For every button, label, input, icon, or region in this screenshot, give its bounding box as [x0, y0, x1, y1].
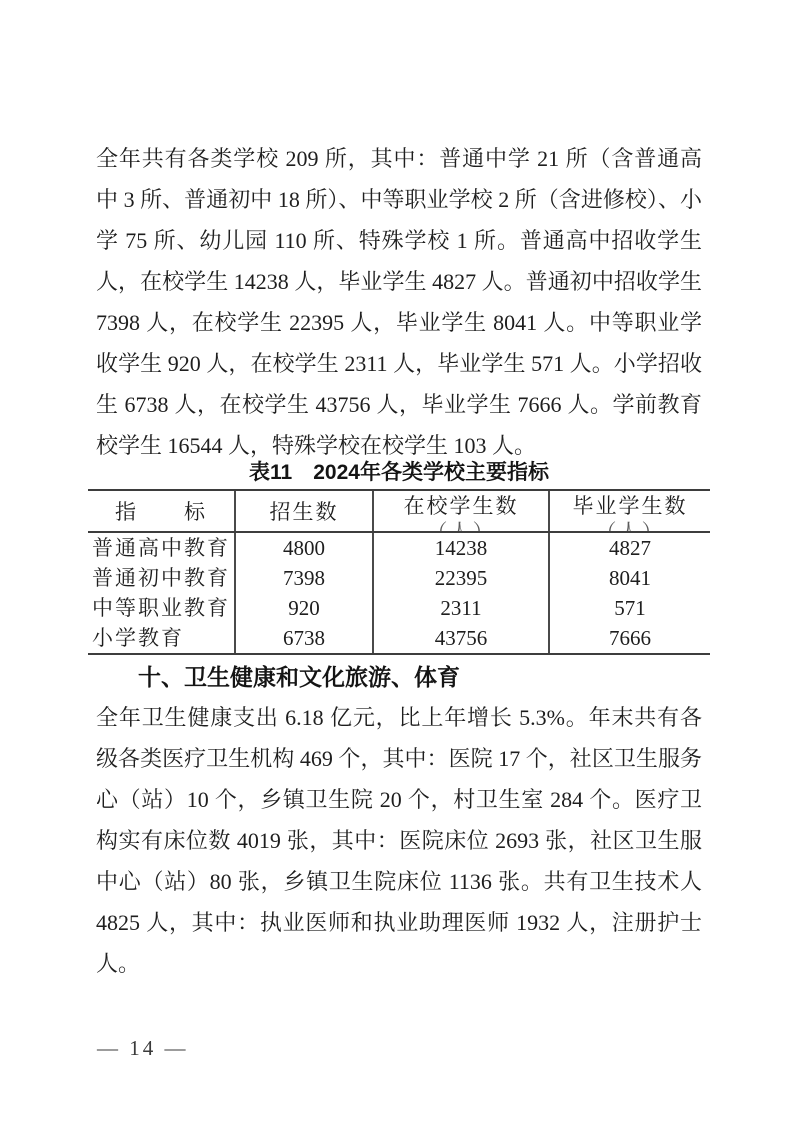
table-header-row: 指 标 招生数 在校学生数 （人） 毕业学生数 （人）: [88, 490, 710, 532]
cell-graduates: 4827: [549, 532, 710, 563]
cell-enrollment: 4800: [235, 532, 373, 563]
table-row: 小学教育 6738 43756 7666: [88, 623, 710, 654]
cell-indicator: 小学教育: [88, 623, 235, 654]
paragraph-line: 收学生 920 人，在校学生 2311 人，毕业学生 571 人。小学招收学: [96, 343, 702, 384]
section-heading-health-culture-sports: 十、卫生健康和文化旅游、体育: [96, 659, 702, 692]
cell-students-onroll: 2311: [373, 593, 549, 623]
column-header-indicator: 指 标: [88, 490, 235, 532]
table-row: 普通高中教育 4800 14238 4827: [88, 532, 710, 563]
paragraph-line: 4825 人，其中：执业医师和执业助理医师 1932 人，注册护士 2085: [96, 902, 702, 943]
paragraph-line: 人，在校学生 14238 人，毕业学生 4827 人。普通初中招收学生: [96, 261, 702, 302]
cell-indicator: 普通初中教育: [88, 563, 235, 593]
paragraph-line: 生 6738 人，在校学生 43756 人，毕业学生 7666 人。学前教育在: [96, 384, 702, 425]
paragraph-line: 构实有床位数 4019 张，其中：医院床位 2693 张，社区卫生服务: [96, 820, 702, 861]
paragraph-line: 中 3 所、普通初中 18 所）、中等职业学校 2 所（含进修校）、小: [96, 179, 702, 220]
cell-indicator: 普通高中教育: [88, 532, 235, 563]
unit-label-clipped: （人）: [374, 519, 548, 531]
cell-graduates: 571: [549, 593, 710, 623]
paragraph-line: 全年卫生健康支出 6.18 亿元，比上年增长 5.3%。年末共有各: [96, 697, 702, 738]
table-row: 中等职业教育 920 2311 571: [88, 593, 710, 623]
cell-enrollment: 6738: [235, 623, 373, 654]
paragraph-line: 中心（站）80 张，乡镇卫生院床位 1136 张。共有卫生技术人员: [96, 861, 702, 902]
document-page: 全年共有各类学校 209 所，其中：普通中学 21 所（含普通高 中 3 所、普…: [0, 0, 794, 1123]
paragraph-line: 学 75 所、幼儿园 110 所、特殊学校 1 所。普通高中招收学生 4800: [96, 220, 702, 261]
cell-students-onroll: 14238: [373, 532, 549, 563]
column-header-students-onroll: 在校学生数 （人）: [373, 490, 549, 532]
table-11-title: 表11 2024年各类学校主要指标: [96, 456, 702, 486]
unit-label-clipped: （人）: [550, 519, 710, 531]
cell-indicator: 中等职业教育: [88, 593, 235, 623]
cell-students-onroll: 22395: [373, 563, 549, 593]
paragraph-education-statistics: 全年共有各类学校 209 所，其中：普通中学 21 所（含普通高 中 3 所、普…: [96, 138, 702, 466]
page-number: — 14 —: [97, 1036, 189, 1061]
column-header-graduates: 毕业学生数 （人）: [549, 490, 710, 532]
cell-graduates: 8041: [549, 563, 710, 593]
column-header-enrollment: 招生数: [235, 490, 373, 532]
table-row: 普通初中教育 7398 22395 8041: [88, 563, 710, 593]
column-header-graduates-label: 毕业学生数: [550, 493, 710, 519]
column-header-students-onroll-label: 在校学生数: [374, 493, 548, 519]
table-11-school-indicators: 指 标 招生数 在校学生数 （人） 毕业学生数 （人）: [88, 489, 710, 655]
paragraph-line: 级各类医疗卫生机构 469 个，其中：医院 17 个，社区卫生服务中: [96, 738, 702, 779]
cell-enrollment: 920: [235, 593, 373, 623]
cell-graduates: 7666: [549, 623, 710, 654]
table-body: 普通高中教育 4800 14238 4827 普通初中教育 7398 22395…: [88, 532, 710, 654]
paragraph-line: 人。: [96, 943, 702, 984]
paragraph-line: 心（站）10 个，乡镇卫生院 20 个，村卫生室 284 个。医疗卫生机: [96, 779, 702, 820]
cell-enrollment: 7398: [235, 563, 373, 593]
paragraph-line: 7398 人，在校学生 22395 人，毕业学生 8041 人。中等职业学校招: [96, 302, 702, 343]
paragraph-health-statistics: 全年卫生健康支出 6.18 亿元，比上年增长 5.3%。年末共有各 级各类医疗卫…: [96, 697, 702, 984]
paragraph-line: 全年共有各类学校 209 所，其中：普通中学 21 所（含普通高: [96, 138, 702, 179]
cell-students-onroll: 43756: [373, 623, 549, 654]
